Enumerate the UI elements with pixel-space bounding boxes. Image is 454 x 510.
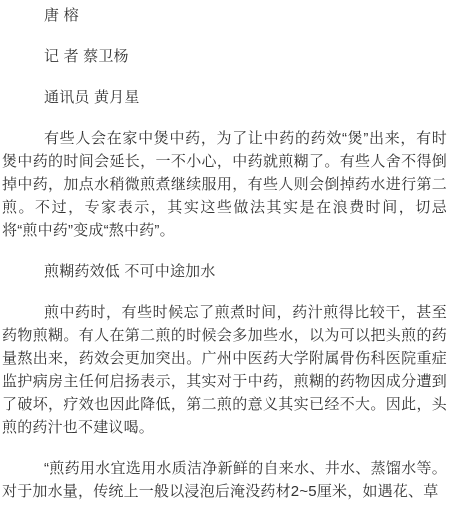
article-body: 唐 榕 记 者 蔡卫杨 通讯员 黄月星 有些人会在家中煲中药，为了让中药的药效“…	[0, 0, 454, 510]
paragraph-intro: 有些人会在家中煲中药，为了让中药的药效“煲”出来，有时煲中药的时间会延长，一不小…	[2, 127, 447, 242]
section-heading: 煎糊药效低 不可中途加水	[2, 260, 447, 283]
byline-reporter: 记 者 蔡卫杨	[2, 45, 447, 68]
paragraph-expert-advice: 煎中药时，有些时候忘了煎煮时间，药汁煎得比较干，甚至药物煎糊。有人在第二煎的时候…	[2, 301, 447, 439]
byline-correspondent: 通讯员 黄月星	[2, 86, 447, 109]
paragraph-water-advice: “煎药用水宜选用水质洁净新鲜的自来水、井水、蒸馏水等。对于加水量，传统上一般以浸…	[2, 457, 447, 503]
byline-author: 唐 榕	[2, 4, 447, 27]
